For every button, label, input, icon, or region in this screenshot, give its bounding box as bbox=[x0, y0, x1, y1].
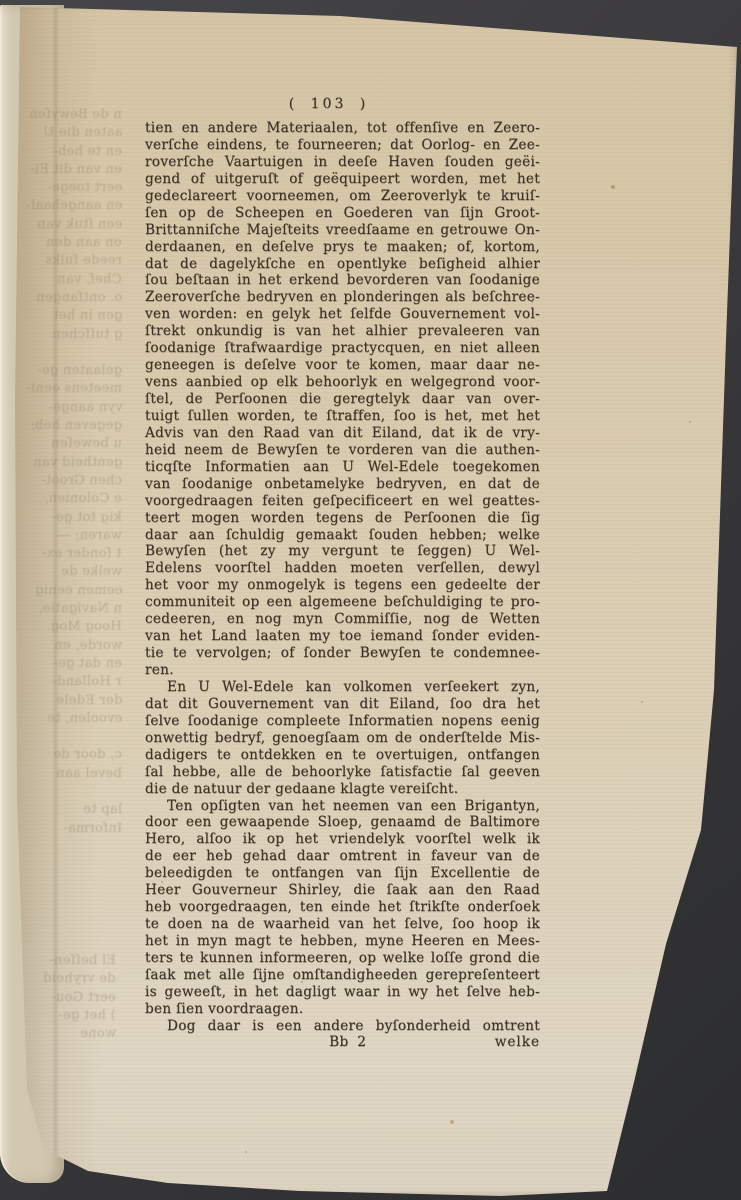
book-page: n de Bewyſenaaten die Uen te heb-en van … bbox=[0, 0, 741, 1200]
page-edge-vignette bbox=[0, 0, 741, 1200]
paper-specks bbox=[0, 0, 2, 2]
book-photograph: n de Bewyſenaaten die Uen te heb-en van … bbox=[0, 0, 741, 1200]
